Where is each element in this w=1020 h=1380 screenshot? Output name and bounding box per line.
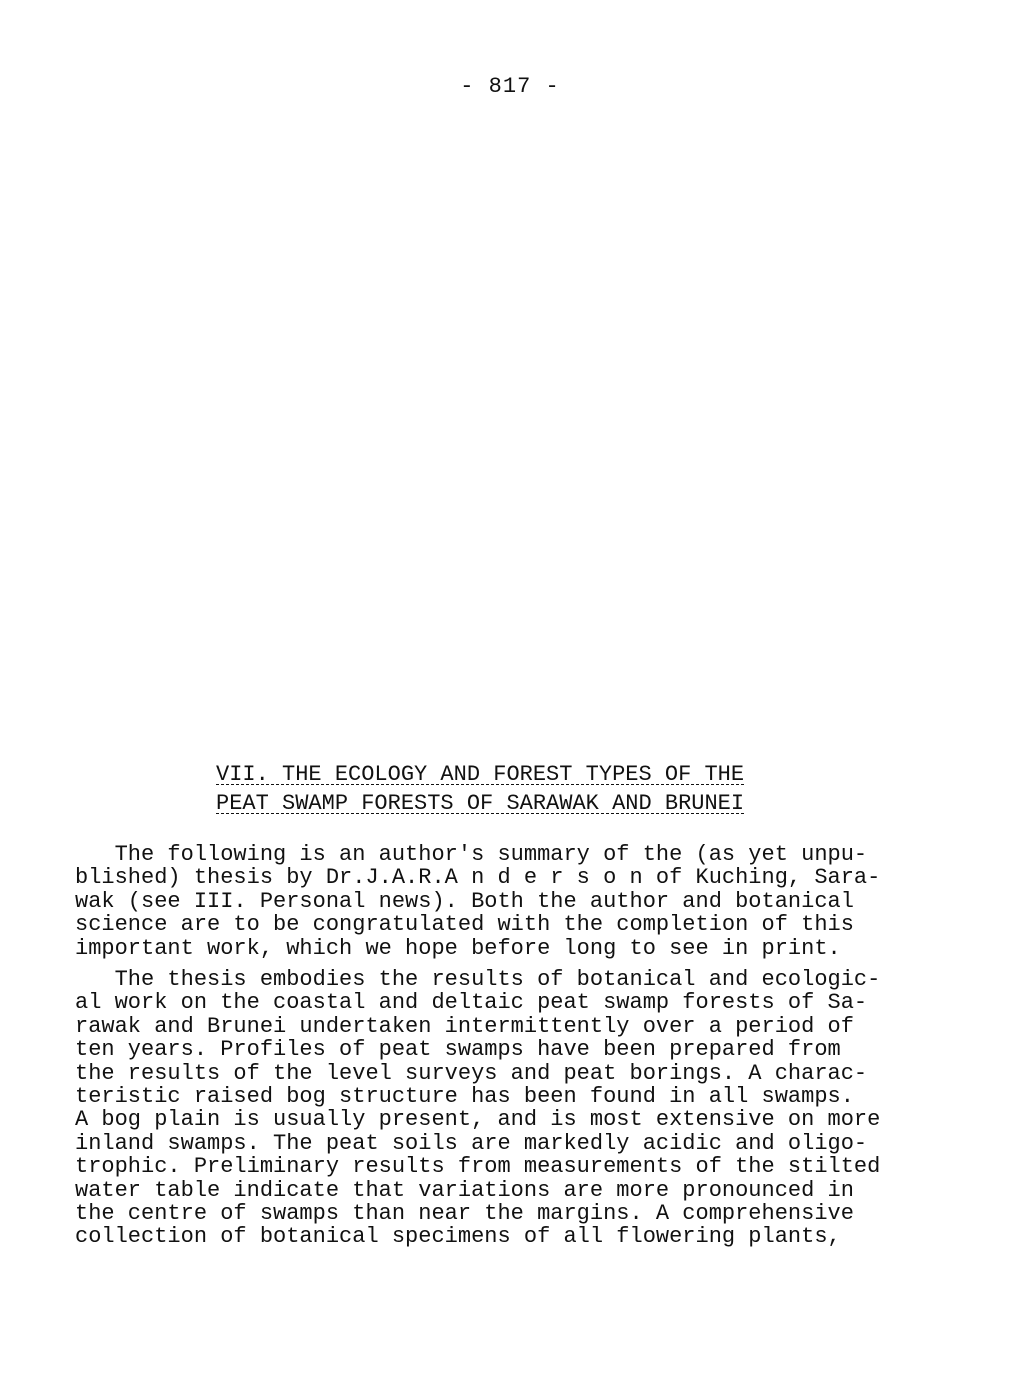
text-line: The following is an author's summary of … [75,843,880,866]
text-line: inland swamps. The peat soils are marked… [75,1132,880,1155]
section-heading: VII. THE ECOLOGY AND FOREST TYPES OF THE… [216,760,816,818]
text-line: blished) thesis by Dr.J.A.R.A n d e r s … [75,866,880,889]
text-line: al work on the coastal and deltaic peat … [75,991,880,1014]
text-line: trophic. Preliminary results from measur… [75,1155,880,1178]
paragraph-intro: The following is an author's summary of … [75,843,880,960]
heading-line: PEAT SWAMP FORESTS OF SARAWAK AND BRUNEI [216,789,816,818]
text-line: science are to be congratulated with the… [75,913,880,936]
text-line: collection of botanical specimens of all… [75,1225,880,1248]
text-line: rawak and Brunei undertaken intermittent… [75,1015,880,1038]
text-line: the results of the level surveys and pea… [75,1062,880,1085]
paragraph-thesis-summary: The thesis embodies the results of botan… [75,968,880,1249]
text-line: water table indicate that variations are… [75,1179,880,1202]
text-line: the centre of swamps than near the margi… [75,1202,880,1225]
text-line: ten years. Profiles of peat swamps have … [75,1038,880,1061]
text-line: The thesis embodies the results of botan… [75,968,880,991]
text-line: wak (see III. Personal news). Both the a… [75,890,880,913]
page-number: - 817 - [0,74,1020,99]
text-line: teristic raised bog structure has been f… [75,1085,880,1108]
heading-line: VII. THE ECOLOGY AND FOREST TYPES OF THE [216,760,816,789]
text-line: important work, which we hope before lon… [75,937,880,960]
text-line: A bog plain is usually present, and is m… [75,1108,880,1131]
